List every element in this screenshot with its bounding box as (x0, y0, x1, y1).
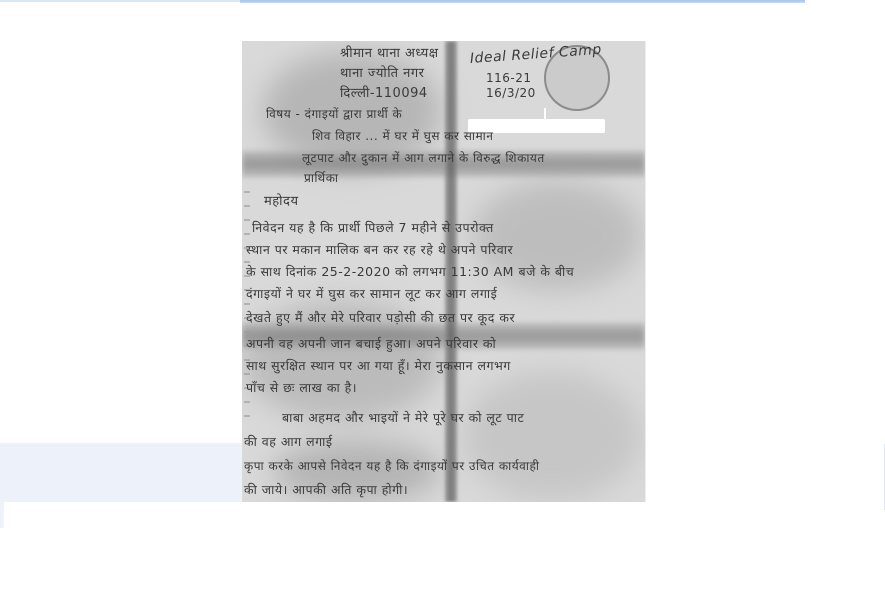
left-edge-tick (0, 502, 4, 528)
top-accent-bar-left (0, 0, 240, 2)
body-line: साथ सुरक्षित स्थान पर आ गया हूँ। मेरा नु… (246, 357, 511, 374)
subject-line-4: प्रार्थिका (304, 169, 339, 186)
subject-line-1: विषय - दंगाइयों द्वारा प्रार्थी के (266, 105, 402, 122)
recipient-line-2: थाना ज्योति नगर (340, 63, 425, 81)
closing-line: कृपा करके आपसे निवेदन यह है कि दंगाइयों … (244, 457, 539, 474)
closing-line: बाबा अहमद और भाइयों ने मेरे पूरे घर को ल… (282, 409, 524, 426)
body-line: स्थान पर मकान मालिक बन कर रह रहे थे अपने… (246, 241, 513, 258)
body-line: निवेदन यह है कि प्रार्थी पिछले 7 महीने स… (252, 219, 494, 236)
body-line: पाँच से छः लाख का है। (246, 379, 357, 396)
top-accent-bar (240, 0, 805, 3)
stamp-ref: 116-21 (486, 71, 532, 85)
left-highlight-band (0, 443, 242, 502)
stamp-date: 16/3/20 (486, 86, 536, 100)
closing-line: की वह आग लगाई (244, 433, 333, 450)
body-line: के साथ दिनांक 25-2-2020 को लगभग 11:30 AM… (246, 263, 574, 280)
body-line: दंगाइयों ने घर में घुस कर सामान लूट कर आ… (246, 285, 497, 302)
body-line: देखते हुए मैं और मेरे परिवार पड़ोसी की छ… (246, 309, 515, 326)
recipient-line-1: श्रीमान थाना अध्यक्ष (340, 43, 439, 61)
recipient-line-3: दिल्ली-110094 (340, 83, 428, 101)
scanned-letter-image: Ideal Relief Camp 116-21 16/3/20 श्रीमान… (242, 41, 645, 502)
subject-line-2: शिव विहार ... में घर में घुस कर सामान (312, 127, 493, 144)
redaction-mark (544, 108, 546, 120)
closing-line: की जाये। आपकी अति कृपा होगी। (244, 481, 408, 498)
body-line: अपनी वह अपनी जान बचाई हुआ। अपने परिवार क… (246, 335, 496, 352)
salutation: महोदय (264, 191, 299, 209)
subject-line-3: लूटपाट और दुकान में आग लगाने के विरुद्ध … (302, 149, 545, 166)
